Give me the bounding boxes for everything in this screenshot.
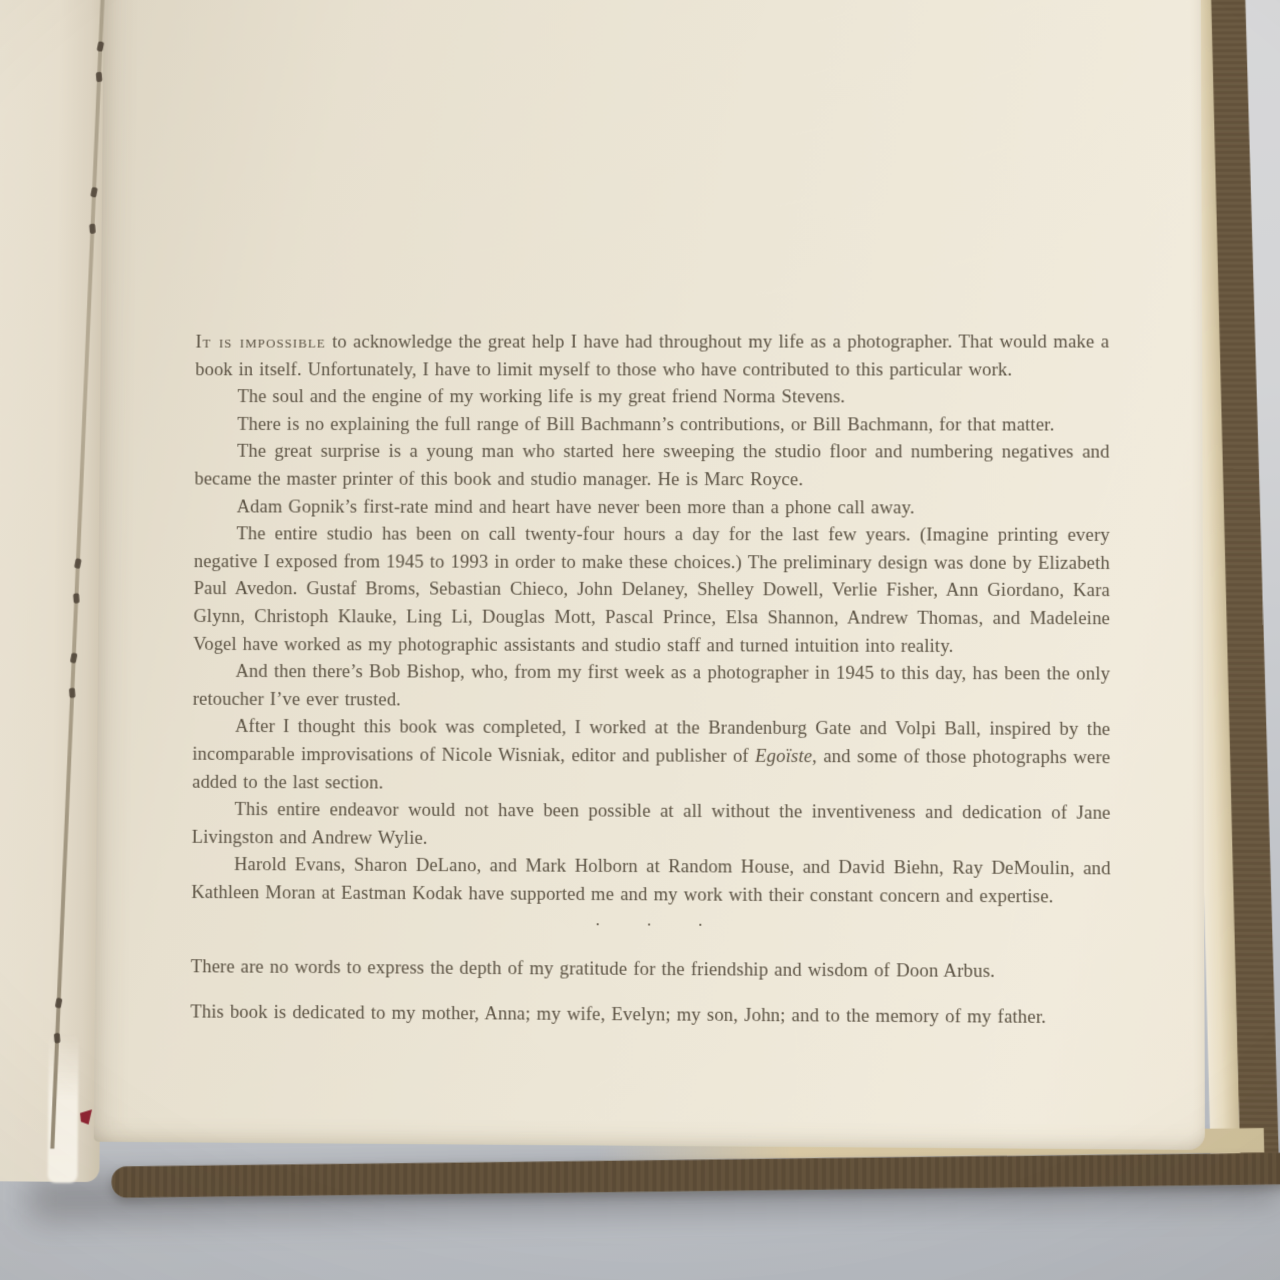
acknowledgments-text: It is impossible to acknowledge the grea… [190,329,1111,1033]
paragraph-livingston-wylie: This entire endeavor would not have been… [192,796,1111,856]
right-page: It is impossible to acknowledge the grea… [94,0,1205,1150]
paragraph-egoiste: After I thought this book was completed,… [192,713,1110,800]
stitch-mark [73,593,80,603]
book: It is impossible to acknowledge the grea… [0,0,1280,1234]
gratitude-line: There are no words to express the depth … [191,954,1111,987]
paragraph-marc-royce: The great surprise is a young man who st… [194,438,1109,494]
paragraph-bob-bishop: And then there’s Bob Bishop, who, from m… [193,658,1111,716]
paragraph-publishers: Harold Evans, Sharon DeLano, and Mark Ho… [191,851,1111,911]
paragraph-opening: It is impossible to acknowledge the grea… [195,329,1109,384]
paragraph-norma-stevens: The soul and the engine of my working li… [195,383,1110,411]
paragraph-opening-rest: to acknowledge the great help I have had… [195,332,1109,381]
egoiste-title: Egoïste [755,746,812,767]
paragraph-adam-gopnik: Adam Gopnik’s first-rate mind and heart … [194,493,1110,522]
paragraph-bill-bachmann: There is no explaining the full range of… [195,411,1110,439]
book-cover-edge-bottom [111,1153,1280,1198]
small-caps-lead: It is impossible [195,332,325,353]
stitch-mark [69,688,76,698]
stitch-mark [89,224,96,234]
closing-lines: There are no words to express the depth … [190,954,1111,1032]
stitch-mark [54,1033,61,1044]
stitch-mark [96,72,103,82]
dots-separator: · · · [191,910,1111,941]
dedication-line: This book is dedicated to my mother, Ann… [190,998,1111,1032]
paragraph-studio-staff: The entire studio has been on call twent… [193,520,1110,660]
